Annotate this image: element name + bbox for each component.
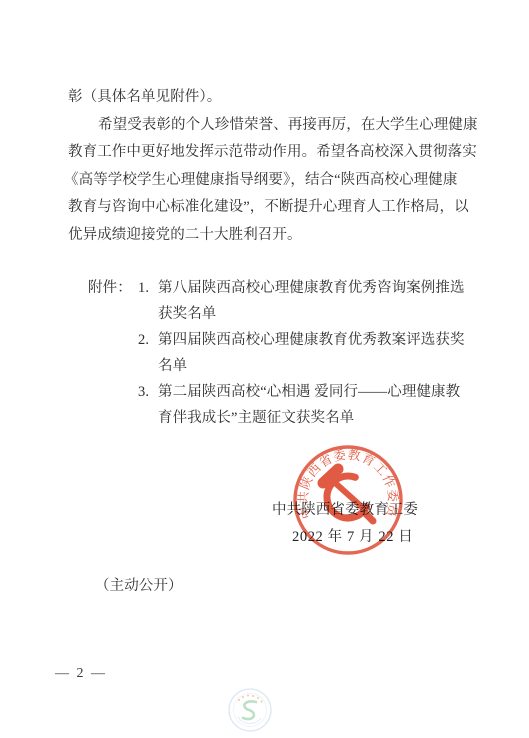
body-text-line: 《高等学校学生心理健康指导纲要》，结合“陕西高校心理健康 bbox=[64, 170, 457, 190]
body-text-line: 彰（具体名单见附件）。 bbox=[68, 87, 221, 107]
hammer-and-sickle-icon bbox=[320, 469, 377, 526]
official-seal: 中共陕西省委教育工作委员会 bbox=[289, 441, 407, 559]
attachment-item-number: 1. bbox=[138, 278, 149, 298]
attachment-item-text: 第四届陕西高校心理健康教育优秀教案评选获奖 bbox=[158, 330, 465, 350]
body-text-line: 希望受表彰的个人珍惜荣誉、再接再厉，在大学生心理健康 bbox=[98, 115, 478, 135]
body-text-line: 优异成绩迎接党的二十大胜利召开。 bbox=[68, 225, 302, 245]
attachment-item-number: 2. bbox=[138, 330, 149, 350]
body-text-line: 教育与咨询中心标准化建设”，不断提升心理育人工作格局，以 bbox=[68, 197, 469, 217]
publish-note: （主动公开） bbox=[95, 576, 183, 596]
attachment-item-text: 第八届陕西高校心理健康教育优秀咨询案例推选 bbox=[158, 278, 465, 298]
attachments-label: 附件： bbox=[88, 278, 132, 298]
body-text-line: 教育工作中更好地发挥示范带动作用。希望各高校深入贯彻落实 bbox=[68, 142, 477, 162]
attachment-item-text: 第二届陕西高校“心相遇 爱同行——心理健康教 bbox=[158, 382, 460, 402]
seal-arc-text: 中共陕西省委教育工作委员会 bbox=[289, 441, 400, 521]
document-page: 彰（具体名单见附件）。 希望受表彰的个人珍惜荣誉、再接再厉，在大学生心理健康 教… bbox=[0, 0, 529, 738]
attachment-item-text: 名单 bbox=[158, 356, 187, 376]
watermark-logo-icon bbox=[226, 686, 274, 734]
attachment-item-text: 育伴我成长”主题征文获奖名单 bbox=[158, 408, 354, 428]
attachment-item-number: 3. bbox=[138, 382, 149, 402]
attachment-item-text: 获奖名单 bbox=[158, 304, 216, 324]
svg-text:中共陕西省委教育工作委员会: 中共陕西省委教育工作委员会 bbox=[289, 441, 400, 521]
page-number: — 2 — bbox=[55, 664, 107, 684]
